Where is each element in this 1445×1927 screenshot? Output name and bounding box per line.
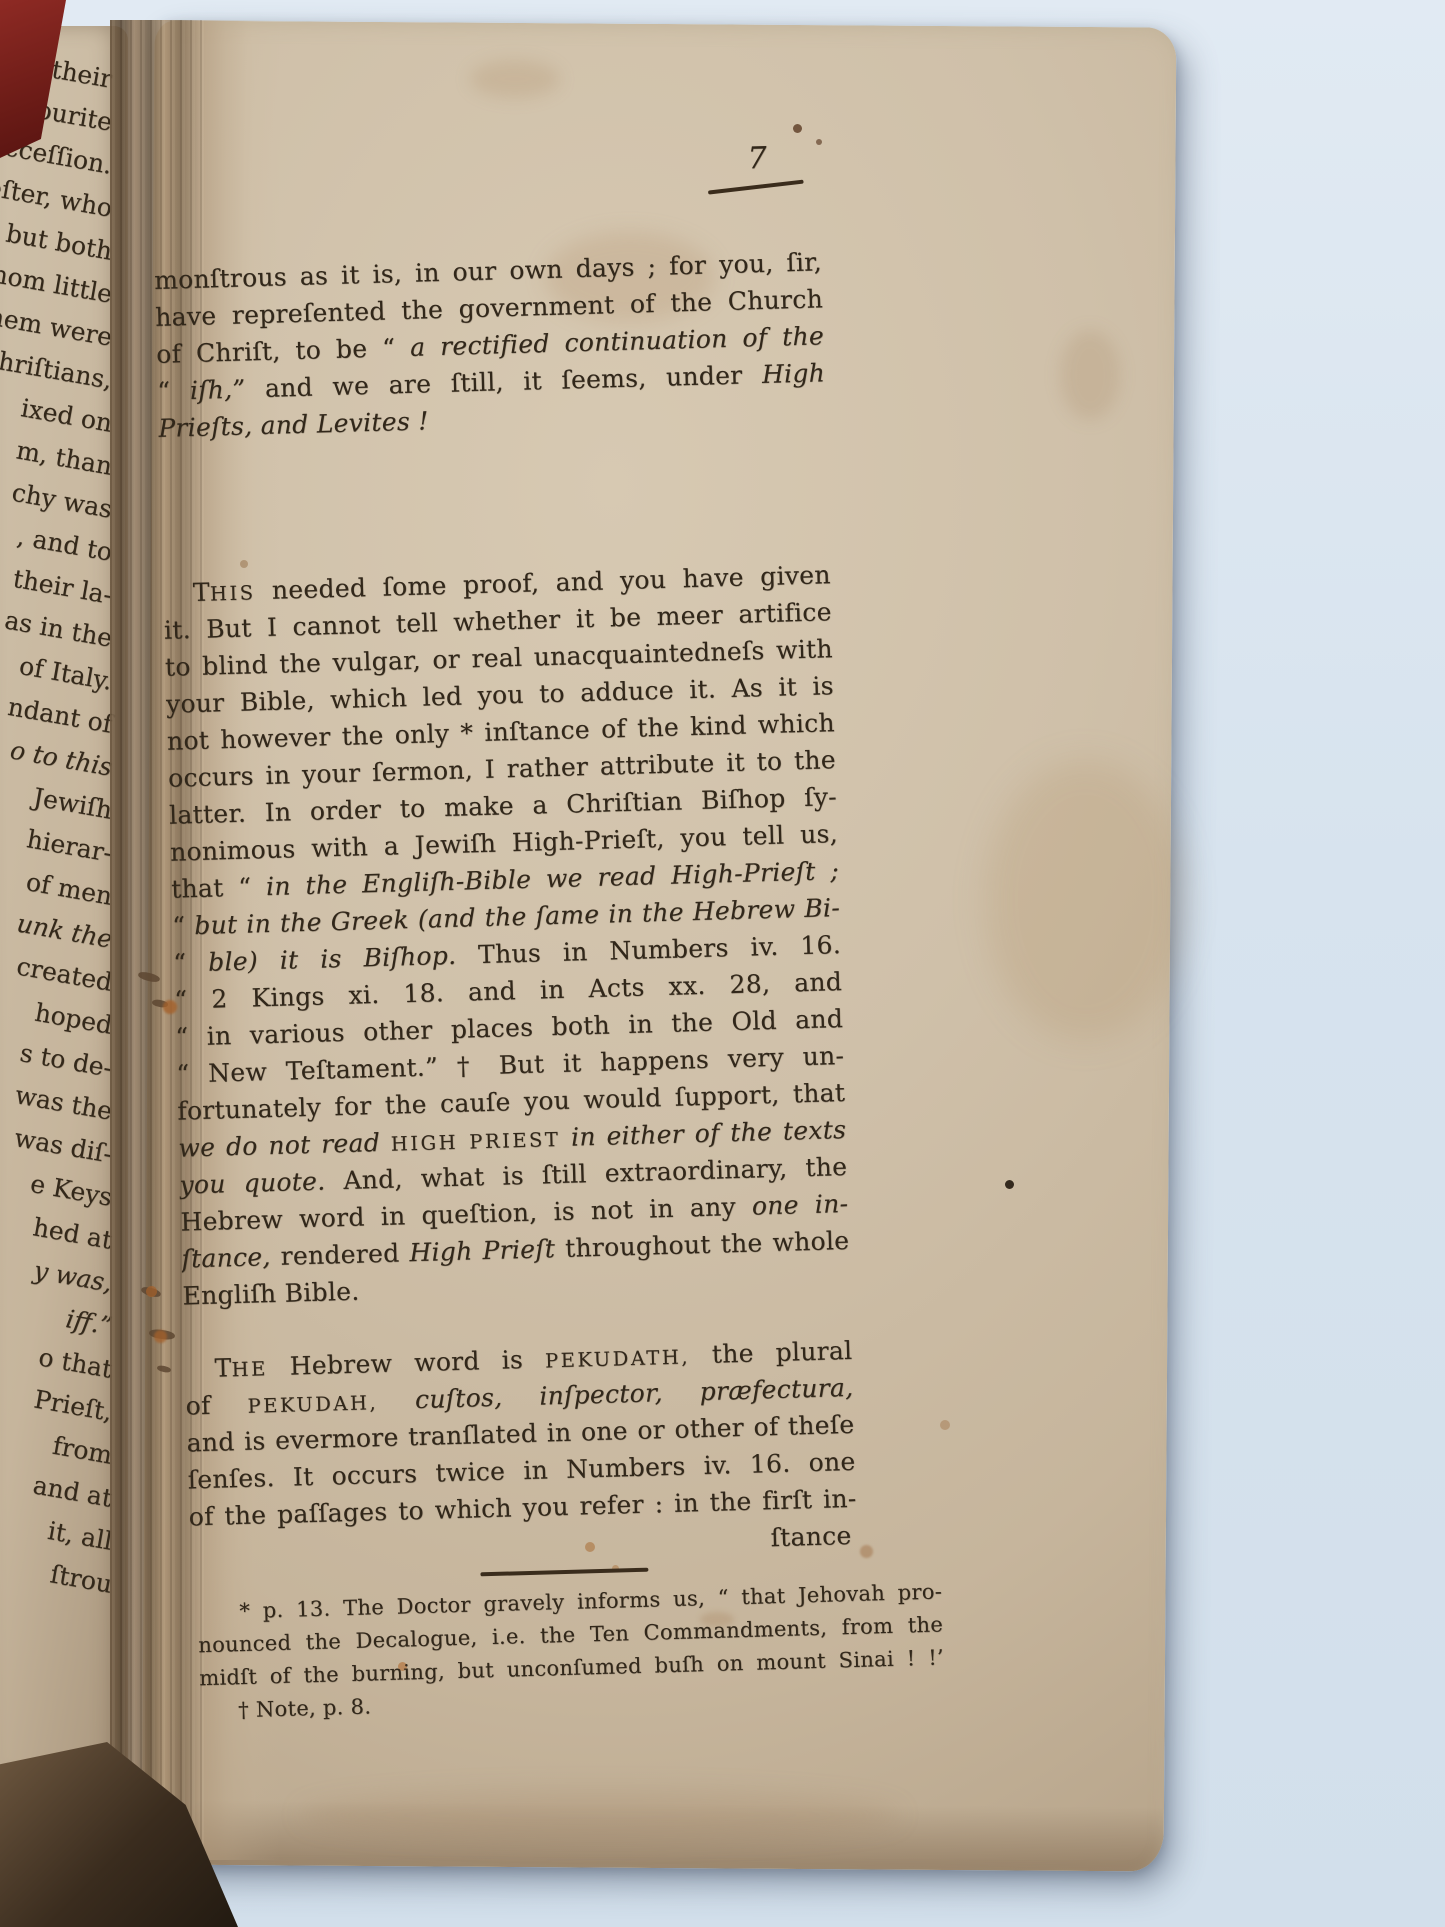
text-segment: we do not read <box>178 1128 391 1163</box>
text-segment: PEKUDATH, <box>545 1345 691 1372</box>
paper-stain <box>1060 330 1120 420</box>
text-segment: one in- <box>752 1189 849 1221</box>
text-segment: “ <box>173 948 209 978</box>
page-number-rule <box>708 180 804 195</box>
rust-spot <box>146 1286 157 1297</box>
text-segment: HIGH PRIEST <box>390 1128 560 1156</box>
text-segment: T <box>214 1353 232 1382</box>
text-segment <box>560 1123 572 1152</box>
text-segment: rendered <box>270 1238 410 1271</box>
paper-stain <box>985 760 1185 1040</box>
text-segment: † Note, p. 8. <box>238 1694 372 1722</box>
text-segment <box>378 1385 416 1415</box>
paper-stain <box>470 60 560 98</box>
paper-stain <box>300 1790 900 1840</box>
printed-text-block: 7 monſtrous as it is, in our own days ; … <box>150 111 862 1728</box>
text-segment: “ <box>172 911 195 941</box>
body-paragraphs: monſtrous as it is, in our own days ; fo… <box>154 243 857 1535</box>
text-segment: you quote. <box>179 1167 326 1200</box>
text-segment: ſtance, <box>181 1242 271 1273</box>
text-segment: in either of the texts <box>571 1115 847 1152</box>
text-segment: the plural <box>690 1336 853 1370</box>
paper-stain <box>860 1545 873 1558</box>
left-page-fragments: urs of theirfavouriteſucceſſion.eſter, w… <box>0 58 112 1606</box>
text-segment: iſh,” <box>189 374 245 405</box>
text-segment: of <box>185 1390 248 1421</box>
text-segment: Prieſts, and Levites ! <box>158 406 429 443</box>
paragraph: monſtrous as it is, in our own days ; fo… <box>154 243 827 447</box>
text-segment: HIS <box>210 581 256 605</box>
text-segment: Hebrew word is <box>267 1344 545 1381</box>
text-segment: that “ <box>171 872 267 904</box>
text-segment: PEKUDAH, <box>247 1391 378 1418</box>
page-number: 7 <box>747 141 767 177</box>
footnote-rule <box>480 1568 648 1577</box>
text-segment: Engliſh Bible. <box>182 1277 360 1311</box>
ink-speck <box>1005 1180 1014 1189</box>
paragraph: THIS needed ſome proof, and you have giv… <box>162 556 850 1314</box>
photo-backdrop: urs of theirfavouriteſucceſſion.eſter, w… <box>0 0 1445 1927</box>
footnote-lines: * p. 13. The Doctor gravely informs us, … <box>197 1575 945 1728</box>
paragraph: THE Hebrew word is PEKUDATH, the pluralo… <box>184 1332 857 1536</box>
page-header: 7 <box>151 139 820 204</box>
rust-spot <box>154 1330 167 1343</box>
text-segment: HE <box>231 1357 268 1381</box>
text-segment: T <box>193 578 211 607</box>
text-segment: of Chriſt, to be “ <box>156 333 411 369</box>
text-segment: ble) it is Biſhop. <box>208 941 457 977</box>
text-segment: throughout the whole <box>555 1226 850 1263</box>
text-segment: High Prieſt <box>409 1234 556 1267</box>
paper-stain <box>940 1420 950 1430</box>
left-page-clip: urs of theirfavouriteſucceſſion.eſter, w… <box>0 30 124 1790</box>
text-segment: “ <box>157 376 190 406</box>
